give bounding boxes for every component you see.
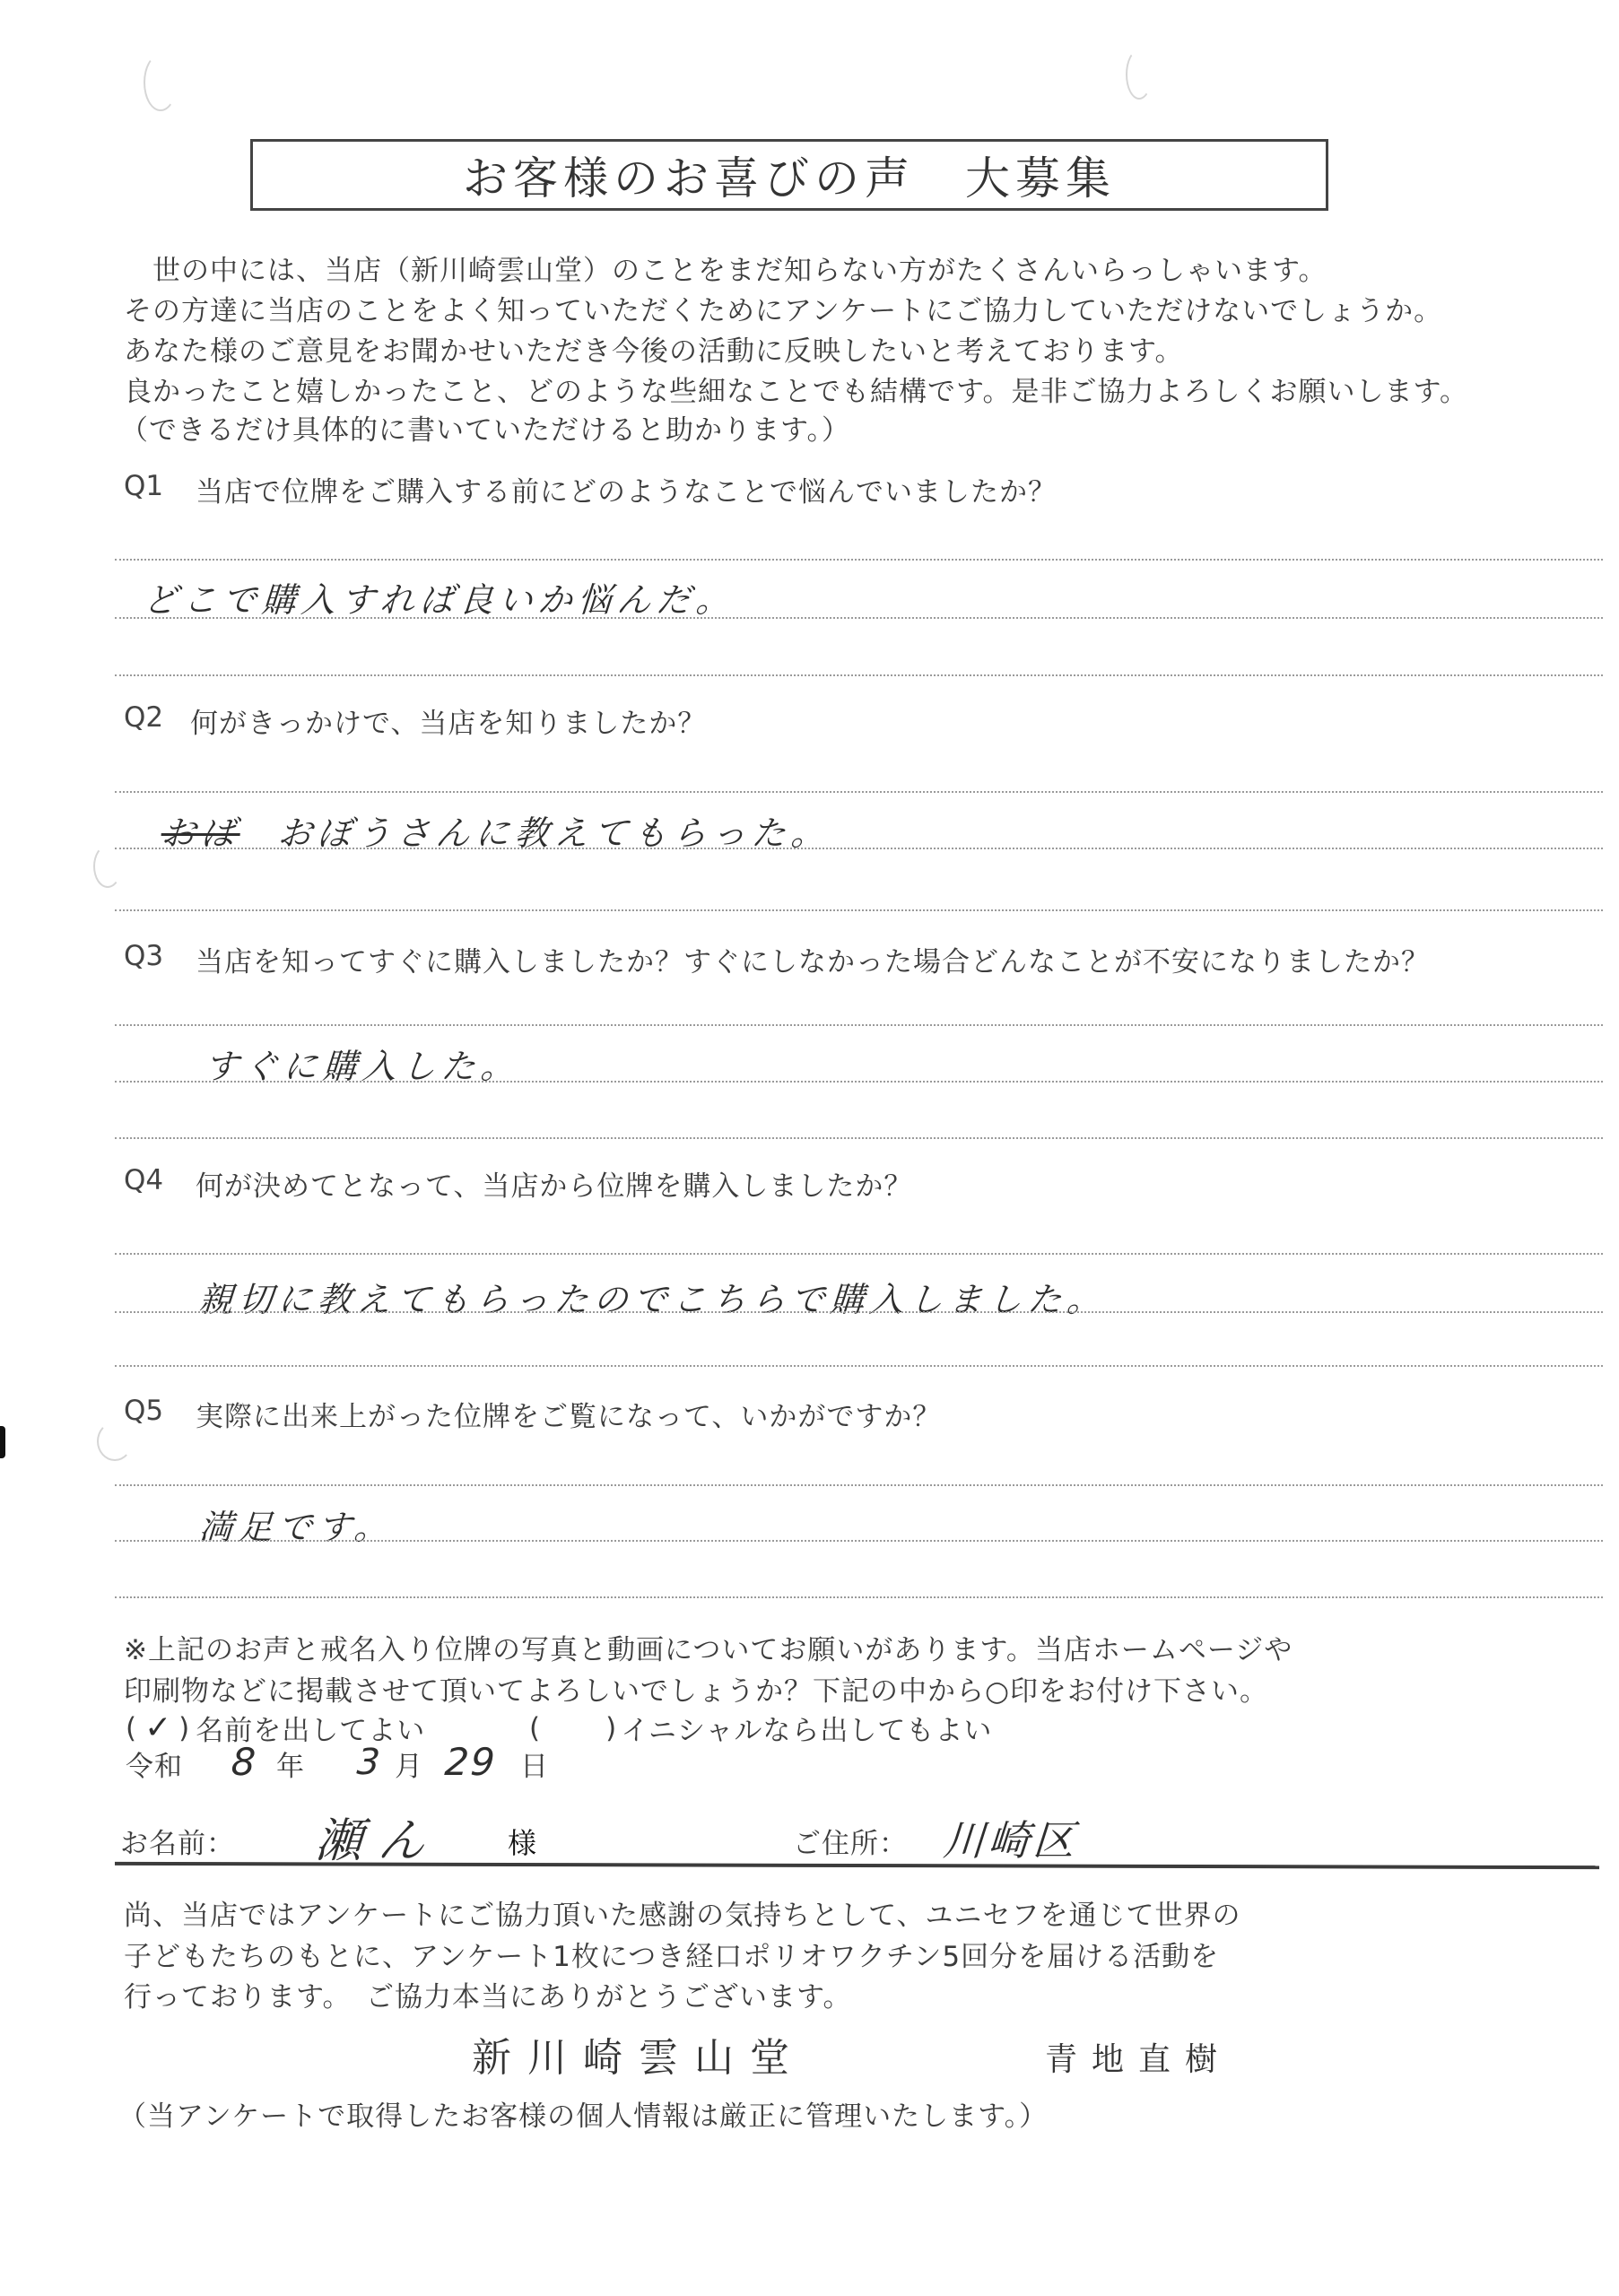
footer-line-1: 尚、当店ではアンケートにご協力頂いた感謝の気持ちとして、ユニセフを通じて世界の [124,1892,1241,1933]
consent-option-initial[interactable]: ( ) イニシャルなら出してもよい [529,1708,992,1748]
question-5-text: 実際に出来上がった位牌をご覧になって、いかがですか？ [196,1394,941,1434]
question-4-text: 何が決めてとなって、当店から位牌を購入しましたか？ [196,1163,912,1204]
question-1-answer: どこで購入すれば良いか悩んだ。 [142,572,737,622]
scan-edge-mark [0,1426,5,1458]
consent-note-line-1: ※上記のお声と戒名入り位牌の写真と動画についてお願いがあります。当店ホームページ… [124,1627,1293,1667]
question-2-text: 何がきっかけで、当店を知りましたか？ [190,700,706,741]
question-4-label: Q4 [124,1164,163,1196]
date-month-unit: 月 [395,1744,423,1784]
question-1-text: 当店で位牌をご購入する前にどのようなことで悩んでいましたか？ [196,469,1057,509]
intro-line-2: その方達に当店のことをよく知っていただくためにアンケートにご協力していただけない… [124,288,1442,328]
privacy-note: （当アンケートで取得したお客様の個人情報は厳正に管理いたします。） [118,2093,1048,2134]
date-row: 令和 8 年 3 月 29 日 [126,1744,183,1784]
name-label: お名前： [120,1821,235,1861]
answer-rule [115,1024,1603,1026]
consent-note-line-2: 印刷物などに掲載させて頂いてよろしいでしょうか？下記の中から○印をお付け下さい。 [124,1668,1268,1709]
intro-line-1: 世の中には、当店（新川崎雲山堂）のことをまだ知らない方がたくさんいらっしゃいます… [152,248,1327,288]
honorific: 様 [508,1821,536,1862]
intro-line-5: （できるだけ具体的に書いていただけると助かります。） [120,407,850,448]
answer-rule [115,1081,1603,1083]
intro-line-3: あなた様のご意見をお聞かせいただき今後の活動に反映したいと考えております。 [124,328,1184,369]
punch-hole-arc [1126,49,1153,100]
date-day-unit: 日 [520,1744,549,1784]
customer-address[interactable]: 川崎区 [942,1808,1081,1867]
answer-rule [115,617,1603,619]
store-name: 新川崎雲山堂 [472,2025,805,2083]
answer-rule [115,791,1603,793]
answer-rule [115,1484,1603,1486]
question-4-answer: 親切に教えてもらったのでこちらで購入しました。 [197,1272,1108,1321]
answer-rule [115,1137,1603,1139]
intro-line-4: 良かったこと嬉しかったこと、どのような些細なことでも結構です。是非ご協力よろしく… [124,369,1468,409]
address-label: ご住所： [793,1821,908,1861]
manager-name: 青地直樹 [1045,2034,1232,2080]
question-3-label: Q3 [124,940,163,972]
answer-rule [115,559,1603,561]
question-5-label: Q5 [124,1395,163,1427]
checkbox-open-paren: ( [529,1712,541,1744]
answer-rule [115,909,1603,911]
answer-rule [115,674,1603,676]
page-title: お客様のお喜びの声 大募集 [463,143,1116,207]
answer-rule [115,1253,1603,1255]
answer-rule [115,1311,1603,1313]
answer-rule [115,1540,1603,1542]
date-day: 29 [443,1740,498,1784]
question-2-label: Q2 [124,701,163,734]
punch-hole-arc [93,845,122,888]
date-era: 令和 [126,1751,183,1783]
punch-hole-arc [97,1422,133,1461]
answer-rule [115,848,1603,849]
checkbox-open-paren: ( [126,1712,137,1744]
consent-option-initial-label: イニシャルなら出してもよい [621,1708,992,1748]
checkmark-icon[interactable]: ✓ [144,1709,171,1746]
punch-hole-arc [144,54,178,111]
footer-line-3: 行っております。 ご協力本当にありがとうございます。 [124,1974,852,2014]
date-year-unit: 年 [276,1744,305,1784]
footer-line-2: 子どもたちのもとに、アンケート1枚につき経口ポリオワクチン5回分を届ける活動を [124,1934,1219,1974]
question-1-label: Q1 [124,470,163,502]
question-3-text: 当店を知ってすぐに購入しましたか？すぐにしなかった場合どんなことが不安になりまし… [196,939,1430,979]
consent-option-name-label: 名前を出してよい [196,1708,425,1748]
date-month: 3 [355,1742,387,1783]
answer-rule [115,1365,1603,1367]
answer-rule [115,1596,1603,1598]
customer-name[interactable]: 瀬ん [313,1803,443,1870]
date-year: 8 [230,1740,262,1784]
title-box: お客様のお喜びの声 大募集 [250,139,1328,211]
checkbox-close-paren: ) [605,1712,617,1744]
checkbox-close-paren: ) [178,1712,190,1744]
